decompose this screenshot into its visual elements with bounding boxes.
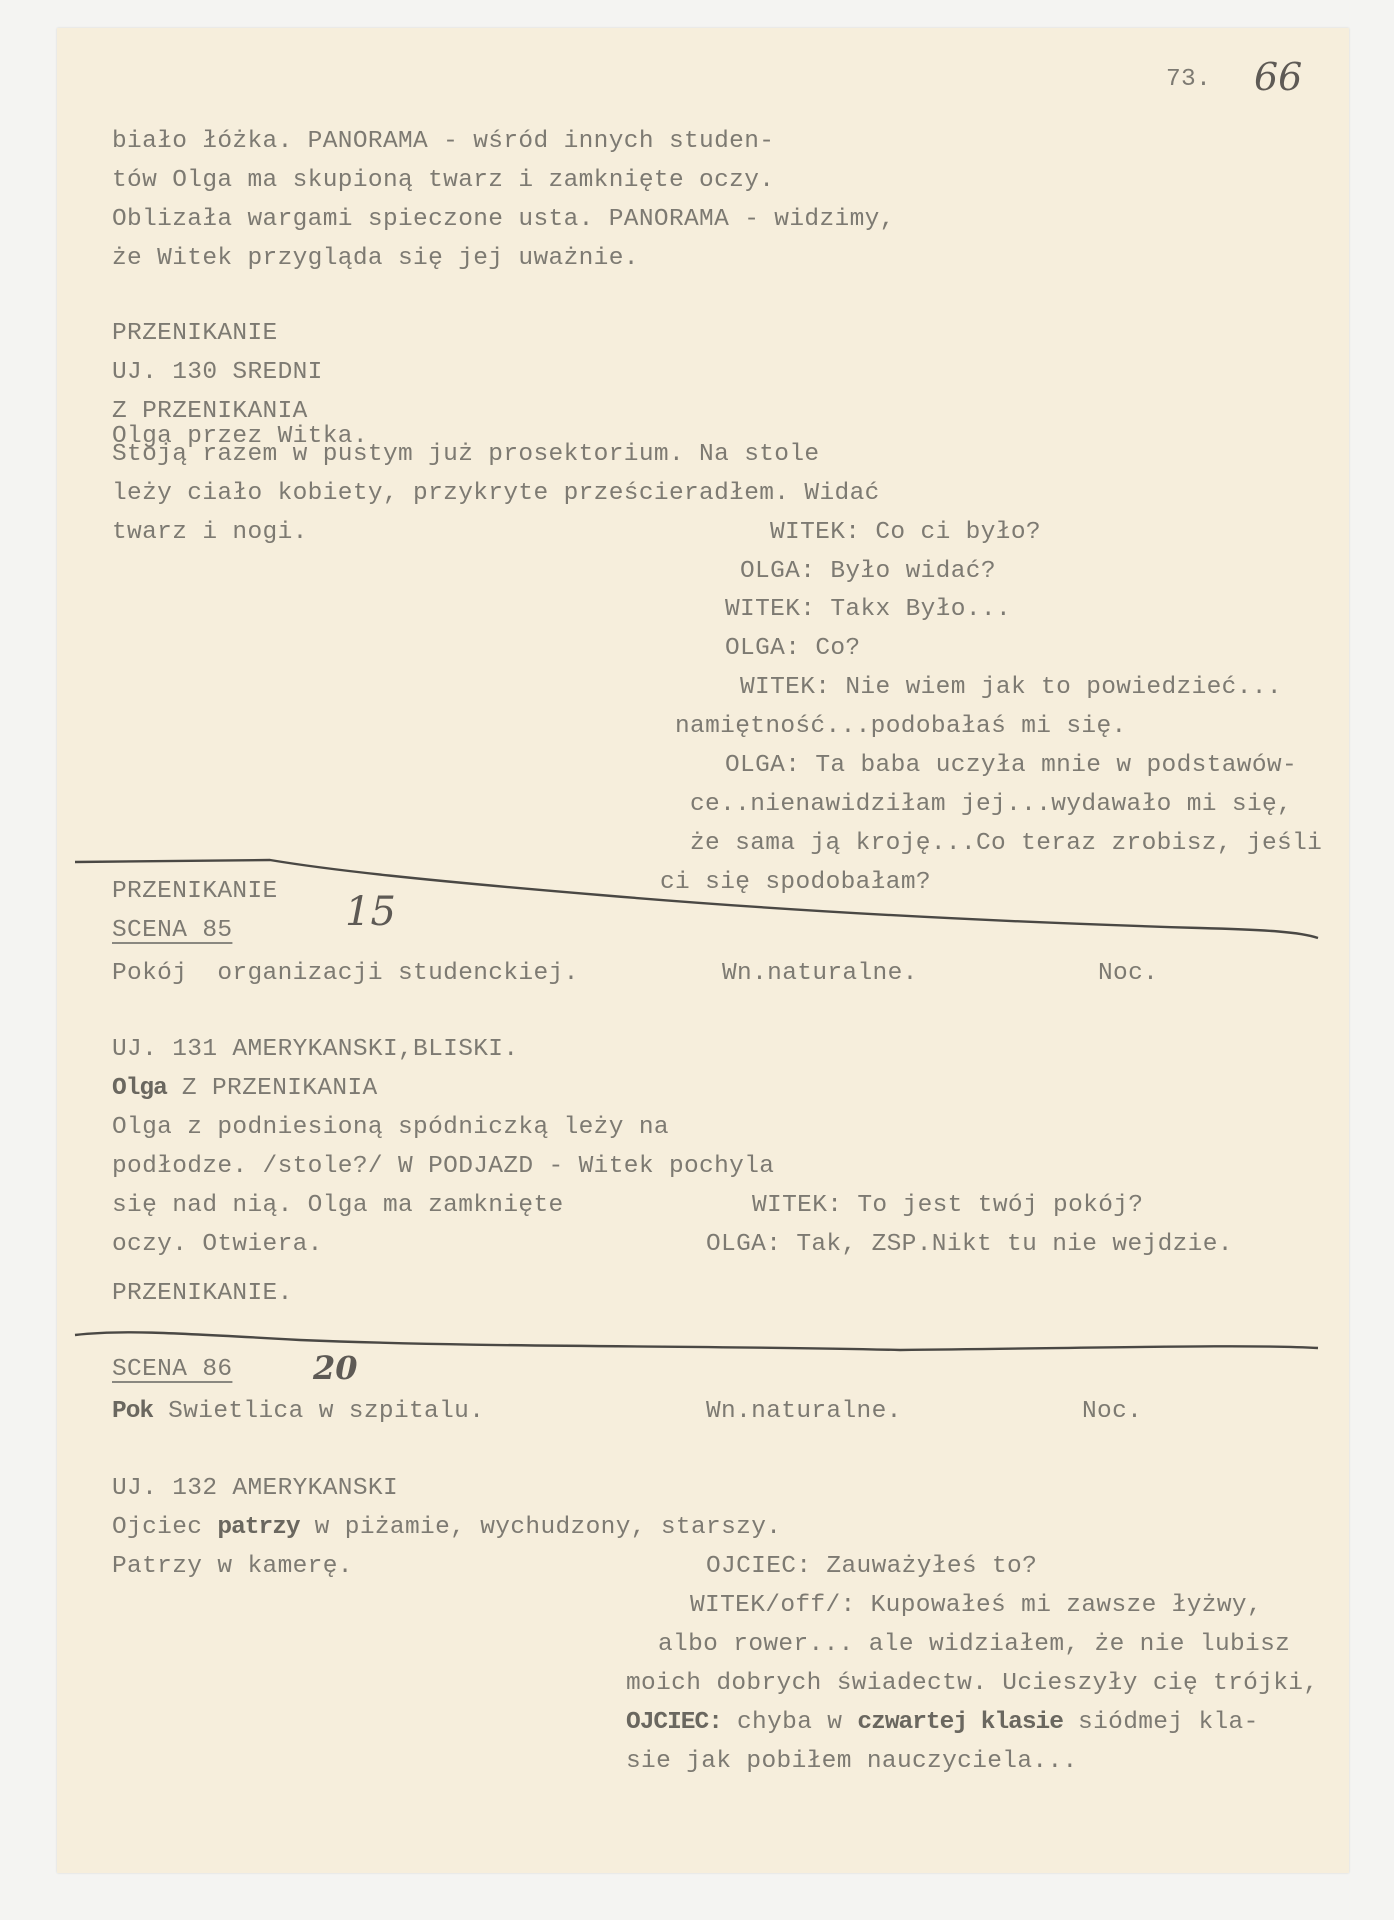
action-line: oczy. Otwiera.	[112, 1233, 323, 1258]
dialogue-line: albo rower... ale widziałem, że nie lubi…	[658, 1633, 1290, 1658]
dialogue-text: siódmej kla-	[1078, 1709, 1259, 1736]
shot-heading: UJ. 131 AMERYKANSKI,BLISKI.	[112, 1038, 518, 1063]
scene-location: Pok Swietlica w szpitalu.	[112, 1400, 484, 1425]
action-text: w piżamie, wychudzony, starszy.	[315, 1514, 782, 1541]
shot-from-text: Z PRZENIKANIA	[182, 1075, 378, 1102]
dialogue-text: chyba w	[737, 1709, 842, 1736]
dialogue-line: moich dobrych świadectw. Ucieszyły cię t…	[626, 1672, 1318, 1697]
action-line: się nad nią. Olga ma zamknięte	[112, 1194, 564, 1219]
scene-heading: SCENA 85	[112, 919, 232, 944]
handwritten-count: 15	[345, 892, 396, 932]
scene-time: Noc.	[1082, 1400, 1142, 1425]
action-line: Ojciec patrzy w piżamie, wychudzony, sta…	[112, 1516, 781, 1541]
location-text: Swietlica w szpitalu.	[168, 1398, 484, 1425]
dialogue-line: WITEK/off/: Kupowałeś mi zawsze łyżwy,	[690, 1594, 1262, 1619]
dialogue-line: OLGA: Tak, ZSP.Nikt tu nie wejdzie.	[706, 1233, 1233, 1258]
shot-from: Olga Z PRZENIKANIA	[112, 1077, 378, 1102]
struck-text: Pok	[112, 1398, 153, 1425]
handwritten-count: 20	[313, 1352, 358, 1384]
scene-setting: Wn.naturalne.	[722, 962, 918, 987]
struck-text: czwartej klasie	[857, 1709, 1063, 1736]
shot-heading: UJ. 132 AMERYKANSKI	[112, 1477, 398, 1502]
action-line: Olga z podniesioną spódniczką leży na	[112, 1116, 669, 1141]
scene-heading: SCENA 86	[112, 1358, 232, 1383]
struck-text: Olga	[112, 1075, 167, 1102]
scene-location: Pokój organizacji studenckiej.	[112, 962, 579, 987]
transition-label: PRZENIKANIE	[112, 880, 278, 905]
scene-time: Noc.	[1098, 962, 1158, 987]
struck-text: patrzy	[217, 1514, 299, 1541]
action-line: Patrzy w kamerę.	[112, 1555, 353, 1580]
action-text: Ojciec	[112, 1514, 202, 1541]
dialogue-line: sie jak pobiłem nauczyciela...	[626, 1750, 1078, 1775]
dialogue-line: OJCIEC: chyba w czwartej klasie siódmej …	[626, 1711, 1259, 1736]
struck-text: OJCIEC:	[626, 1709, 722, 1736]
dialogue-line: OJCIEC: Zauważyłeś to?	[706, 1555, 1037, 1580]
action-line: podłodze. /stole?/ W PODJAZD - Witek poc…	[112, 1155, 774, 1180]
dialogue-line: WITEK: To jest twój pokój?	[752, 1194, 1143, 1219]
scene-setting: Wn.naturalne.	[706, 1400, 902, 1425]
transition-label: PRZENIKANIE.	[112, 1282, 293, 1307]
